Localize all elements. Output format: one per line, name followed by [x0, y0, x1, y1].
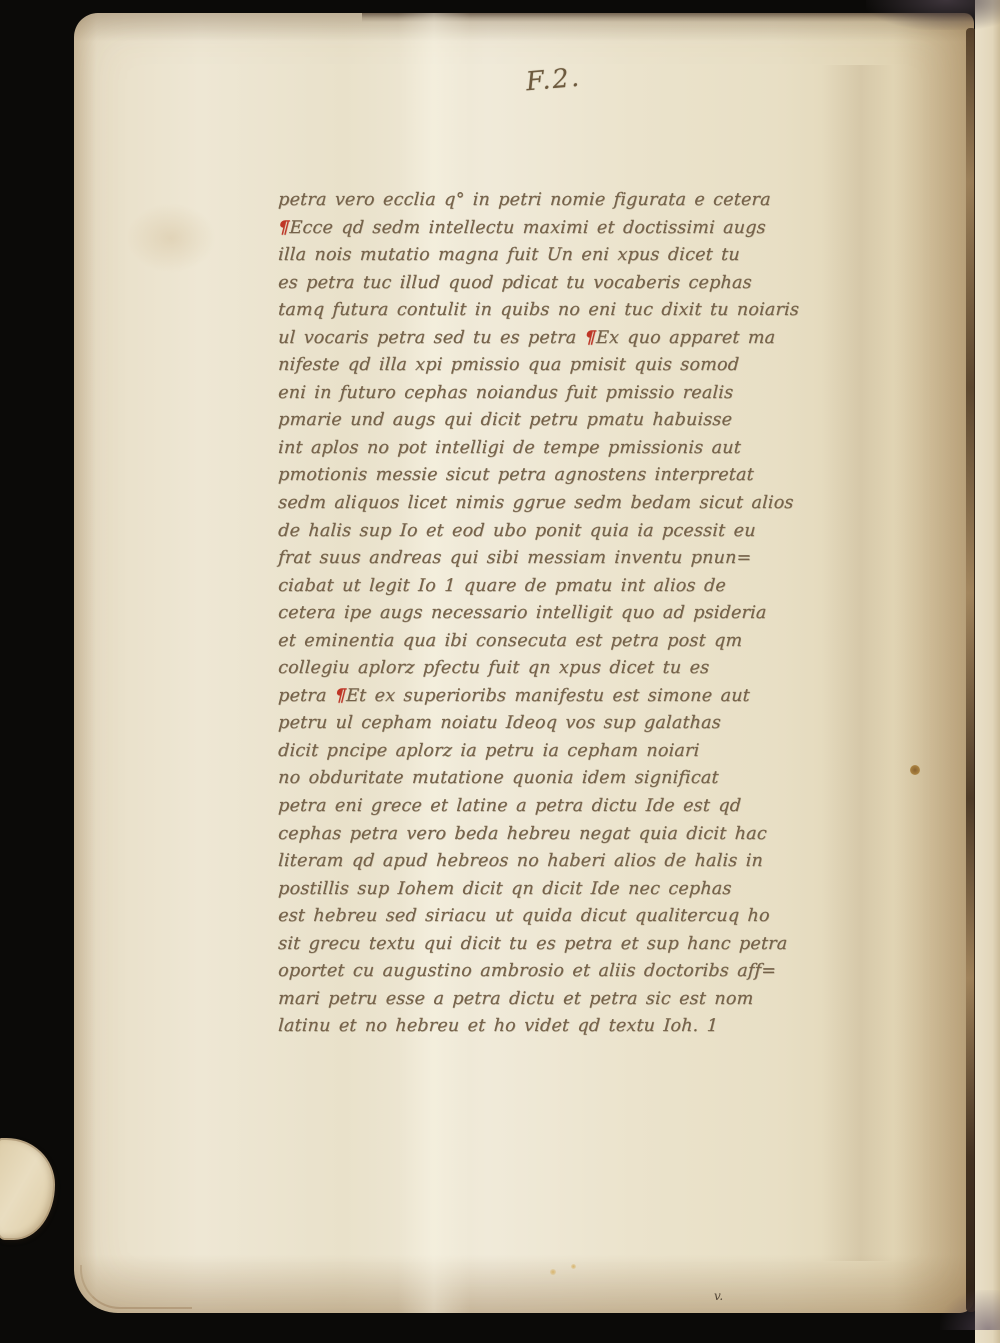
manuscript-text-line: pmarie und augs qui dicit petru pmatu ha… [277, 410, 860, 438]
manuscript-text-line: mari petru esse a petra dictu et petra s… [277, 989, 860, 1017]
manuscript-text-line: petra eni grece et latine a petra dictu … [277, 796, 860, 824]
manuscript-text-line: literam qd apud hebreos no haberi alios … [277, 851, 860, 879]
manuscript-text-line: et eminentia qua ibi consecuta est petra… [277, 631, 860, 659]
manuscript-text-line: cephas petra vero beda hebreu negat quia… [277, 824, 860, 852]
manuscript-text-line: frat suus andreas qui sibi messiam inven… [277, 548, 860, 576]
manuscript-text-line: tamq futura contulit in quibs no eni tuc… [277, 300, 860, 328]
manuscript-text-line: ul vocaris petra sed tu es petra ¶Ex quo… [277, 328, 860, 356]
manuscript-text-line: collegiu aplorz pfectu fuit qn xpus dice… [277, 658, 860, 686]
manuscript-text-line: oportet cu augustino ambrosio et aliis d… [277, 961, 860, 989]
manuscript-text-line: illa nois mutatio magna fuit Un eni xpus… [277, 245, 860, 273]
manuscript-text-line: nifeste qd illa xpi pmissio qua pmisit q… [277, 355, 860, 383]
manuscript-text-line: no obduritate mutatione quonia idem sign… [277, 768, 860, 796]
manuscript-text-line: cetera ipe augs necessario intelligit qu… [277, 603, 860, 631]
paper-stain [126, 203, 216, 273]
bottom-right-shadow [940, 1290, 1000, 1330]
ink-spot [910, 765, 920, 775]
folio-mark: F.2. [525, 63, 582, 98]
manuscript-text-line: petra ¶Et ex superioribs manifestu est s… [277, 686, 860, 714]
manuscript-text-line: de halis sup Io et eod ubo ponit quia ia… [277, 521, 860, 549]
manuscript-text-line: pmotionis messie sicut petra agnostens i… [277, 465, 860, 493]
right-page-edge [975, 0, 1000, 1343]
quire-mark: v. [714, 1289, 723, 1303]
underlying-leaf-edge [80, 1265, 192, 1309]
manuscript-text-line: eni in futuro cephas noiandus fuit pmiss… [277, 383, 860, 411]
manuscript-text-line: ciabat ut legit Io 1 quare de pmatu int … [277, 576, 860, 604]
manuscript-text-line: ¶Ecce qd sedm intellectu maximi et docti… [277, 218, 860, 246]
manuscript-text-line: dicit pncipe aplorz ia petru ia cepham n… [277, 741, 860, 769]
manuscript-page: F.2. petra vero ecclia q° in petri nomie… [74, 13, 974, 1313]
manuscript-text-line: latinu et no hebreu et ho videt qd textu… [277, 1016, 860, 1044]
manuscript-text-line: es petra tuc illud quod pdicat tu vocabe… [277, 273, 860, 301]
manuscript-text-line: sedm aliquos licet nimis ggrue sedm beda… [277, 493, 860, 521]
paper-speck [550, 1269, 556, 1275]
manuscript-text-line: sit grecu textu qui dicit tu es petra et… [277, 934, 860, 962]
top-right-shadow [866, 0, 1000, 30]
text-block: petra vero ecclia q° in petri nomie figu… [278, 190, 860, 1044]
manuscript-text-line: int aplos no pot intelligi de tempe pmis… [277, 438, 860, 466]
manuscript-text-line: petru ul cepham noiatu Ideoq vos sup gal… [277, 713, 860, 741]
manuscript-text-line: est hebreu sed siriacu ut quida dicut qu… [277, 906, 860, 934]
photographed-codex: F.2. petra vero ecclia q° in petri nomie… [0, 0, 1000, 1343]
paper-speck [571, 1264, 576, 1269]
manuscript-text-line: petra vero ecclia q° in petri nomie figu… [277, 190, 860, 218]
manuscript-text-line: postillis sup Iohem dicit qn dicit Ide n… [277, 879, 860, 907]
